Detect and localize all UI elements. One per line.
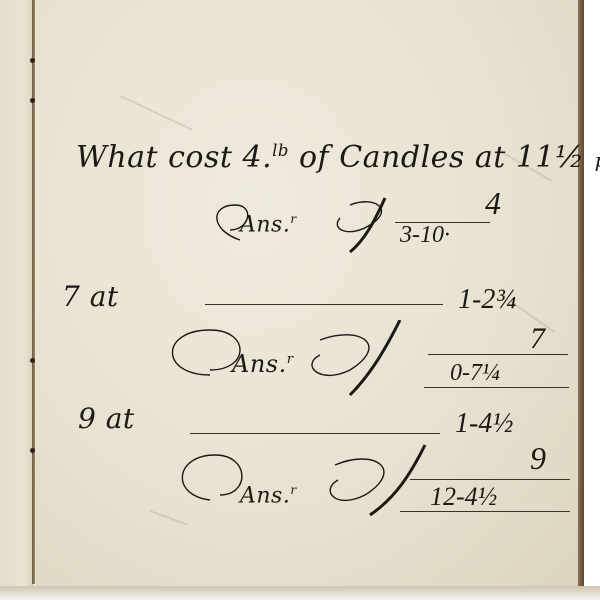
answer-2: Ans.r — [232, 350, 294, 378]
question-line: What cost 4.lb of Candles at 11½ p lb — [76, 140, 600, 175]
multiplier-3: 9 — [530, 440, 546, 477]
page-shadow — [0, 586, 600, 600]
left-facing-page — [0, 0, 34, 600]
answer-superscript: r — [287, 352, 294, 367]
answer-flourish-icon — [200, 190, 400, 260]
sum-rule — [400, 511, 570, 512]
answer-superscript: r — [290, 212, 296, 226]
question-unit: p lb — [595, 148, 600, 172]
question-rest: of Candles at 11½ — [299, 140, 595, 175]
price-1: 1-2¾ — [458, 284, 516, 316]
sum-rule — [428, 354, 568, 355]
answer-label: Ans. — [232, 350, 287, 378]
answer-label: Ans. — [240, 212, 290, 237]
answer-3: Ans.r — [240, 483, 297, 508]
answer-flourish-icon — [170, 440, 440, 520]
price-2: 1-4½ — [455, 408, 513, 440]
rate-label-1: 7 at — [62, 280, 119, 313]
page-edge — [578, 0, 584, 590]
sum-rule — [424, 387, 569, 388]
leader-rule — [190, 433, 440, 434]
answer-1: Ans.r — [240, 212, 297, 237]
answer-value-2: 0-7¼ — [450, 360, 500, 387]
answer-superscript: r — [290, 483, 296, 497]
rate-label-2: 9 at — [78, 402, 135, 435]
question-text: What cost 4. — [76, 140, 272, 175]
answer-label: Ans. — [240, 483, 290, 508]
leader-rule — [205, 304, 443, 305]
multiplier-2: 7 — [530, 322, 545, 356]
answer-value-3: 12-4½ — [430, 482, 497, 512]
multiplier-1: 4 — [485, 185, 501, 222]
question-superscript: lb — [272, 141, 289, 160]
answer-value-1: 3-10· — [400, 222, 450, 249]
